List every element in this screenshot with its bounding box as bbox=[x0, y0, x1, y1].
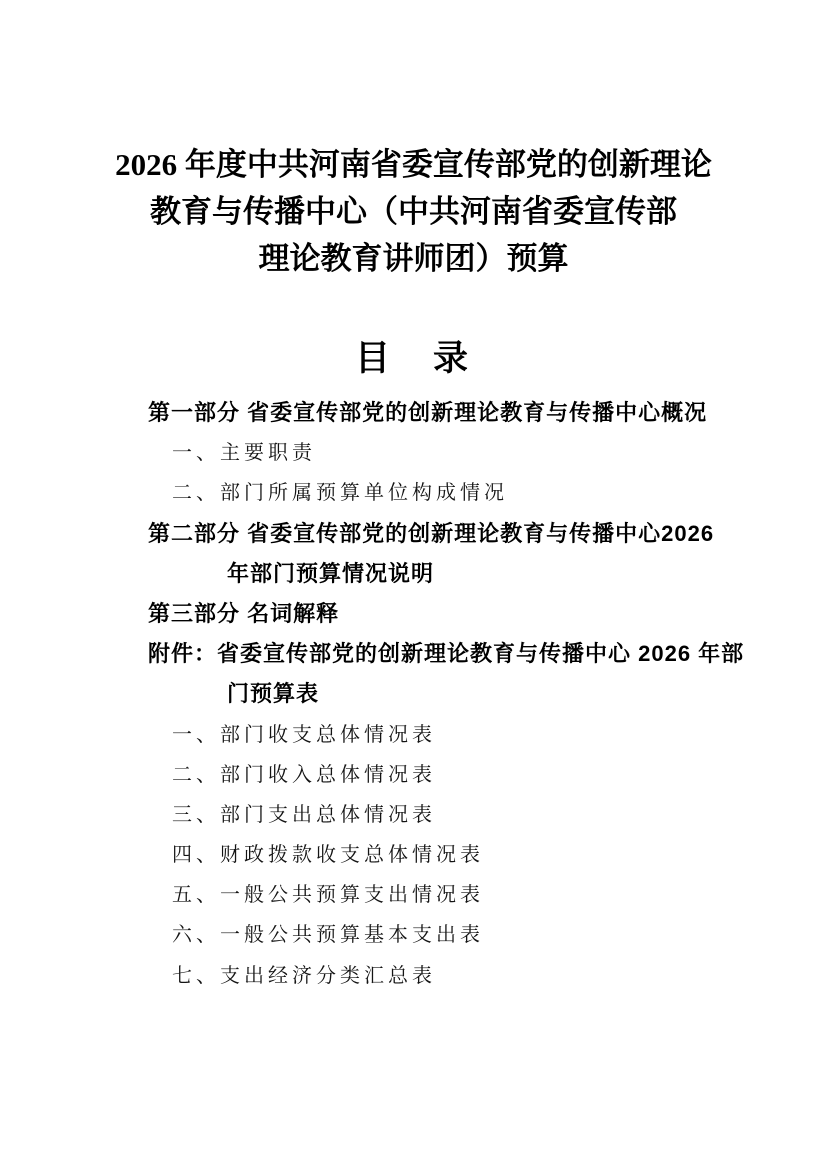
document-title: 2026 年度中共河南省委宣传部党的创新理论 教育与传播中心（中共河南省委宣传部… bbox=[0, 141, 827, 282]
toc-item-table-2: 二、部门收入总体情况表 bbox=[0, 755, 827, 795]
toc-section-part-2: 第二部分 省委宣传部党的创新理论教育与传播中心2026 bbox=[0, 514, 827, 554]
toc-section-attachments: 附件：省委宣传部党的创新理论教育与传播中心 2026 年部 bbox=[0, 634, 827, 674]
toc-item-table-5: 五、一般公共预算支出情况表 bbox=[0, 875, 827, 915]
toc-item-table-7: 七、支出经济分类汇总表 bbox=[0, 956, 827, 996]
toc-item-table-1: 一、部门收支总体情况表 bbox=[0, 715, 827, 755]
toc-section-part-3: 第三部分 名词解释 bbox=[0, 594, 827, 634]
toc-item-budget-unit-composition: 二、部门所属预算单位构成情况 bbox=[0, 473, 827, 513]
toc-section-attachments-continued: 门预算表 bbox=[0, 674, 827, 714]
document-title-line: 理论教育讲师团）预算 bbox=[0, 235, 827, 282]
document-title-line: 教育与传播中心（中共河南省委宣传部 bbox=[0, 188, 827, 235]
toc-item-table-3: 三、部门支出总体情况表 bbox=[0, 795, 827, 835]
toc-section-part-1: 第一部分 省委宣传部党的创新理论教育与传播中心概况 bbox=[0, 393, 827, 433]
document-title-line: 2026 年度中共河南省委宣传部党的创新理论 bbox=[0, 141, 827, 188]
table-of-contents: 第一部分 省委宣传部党的创新理论教育与传播中心概况 一、主要职责 二、部门所属预… bbox=[0, 393, 827, 996]
toc-item-table-4: 四、财政拨款收支总体情况表 bbox=[0, 835, 827, 875]
document-page: 2026 年度中共河南省委宣传部党的创新理论 教育与传播中心（中共河南省委宣传部… bbox=[0, 0, 827, 1170]
toc-item-main-duties: 一、主要职责 bbox=[0, 433, 827, 473]
toc-item-table-6: 六、一般公共预算基本支出表 bbox=[0, 915, 827, 955]
toc-heading: 目 录 bbox=[0, 338, 827, 380]
toc-section-part-2-continued: 年部门预算情况说明 bbox=[0, 554, 827, 594]
